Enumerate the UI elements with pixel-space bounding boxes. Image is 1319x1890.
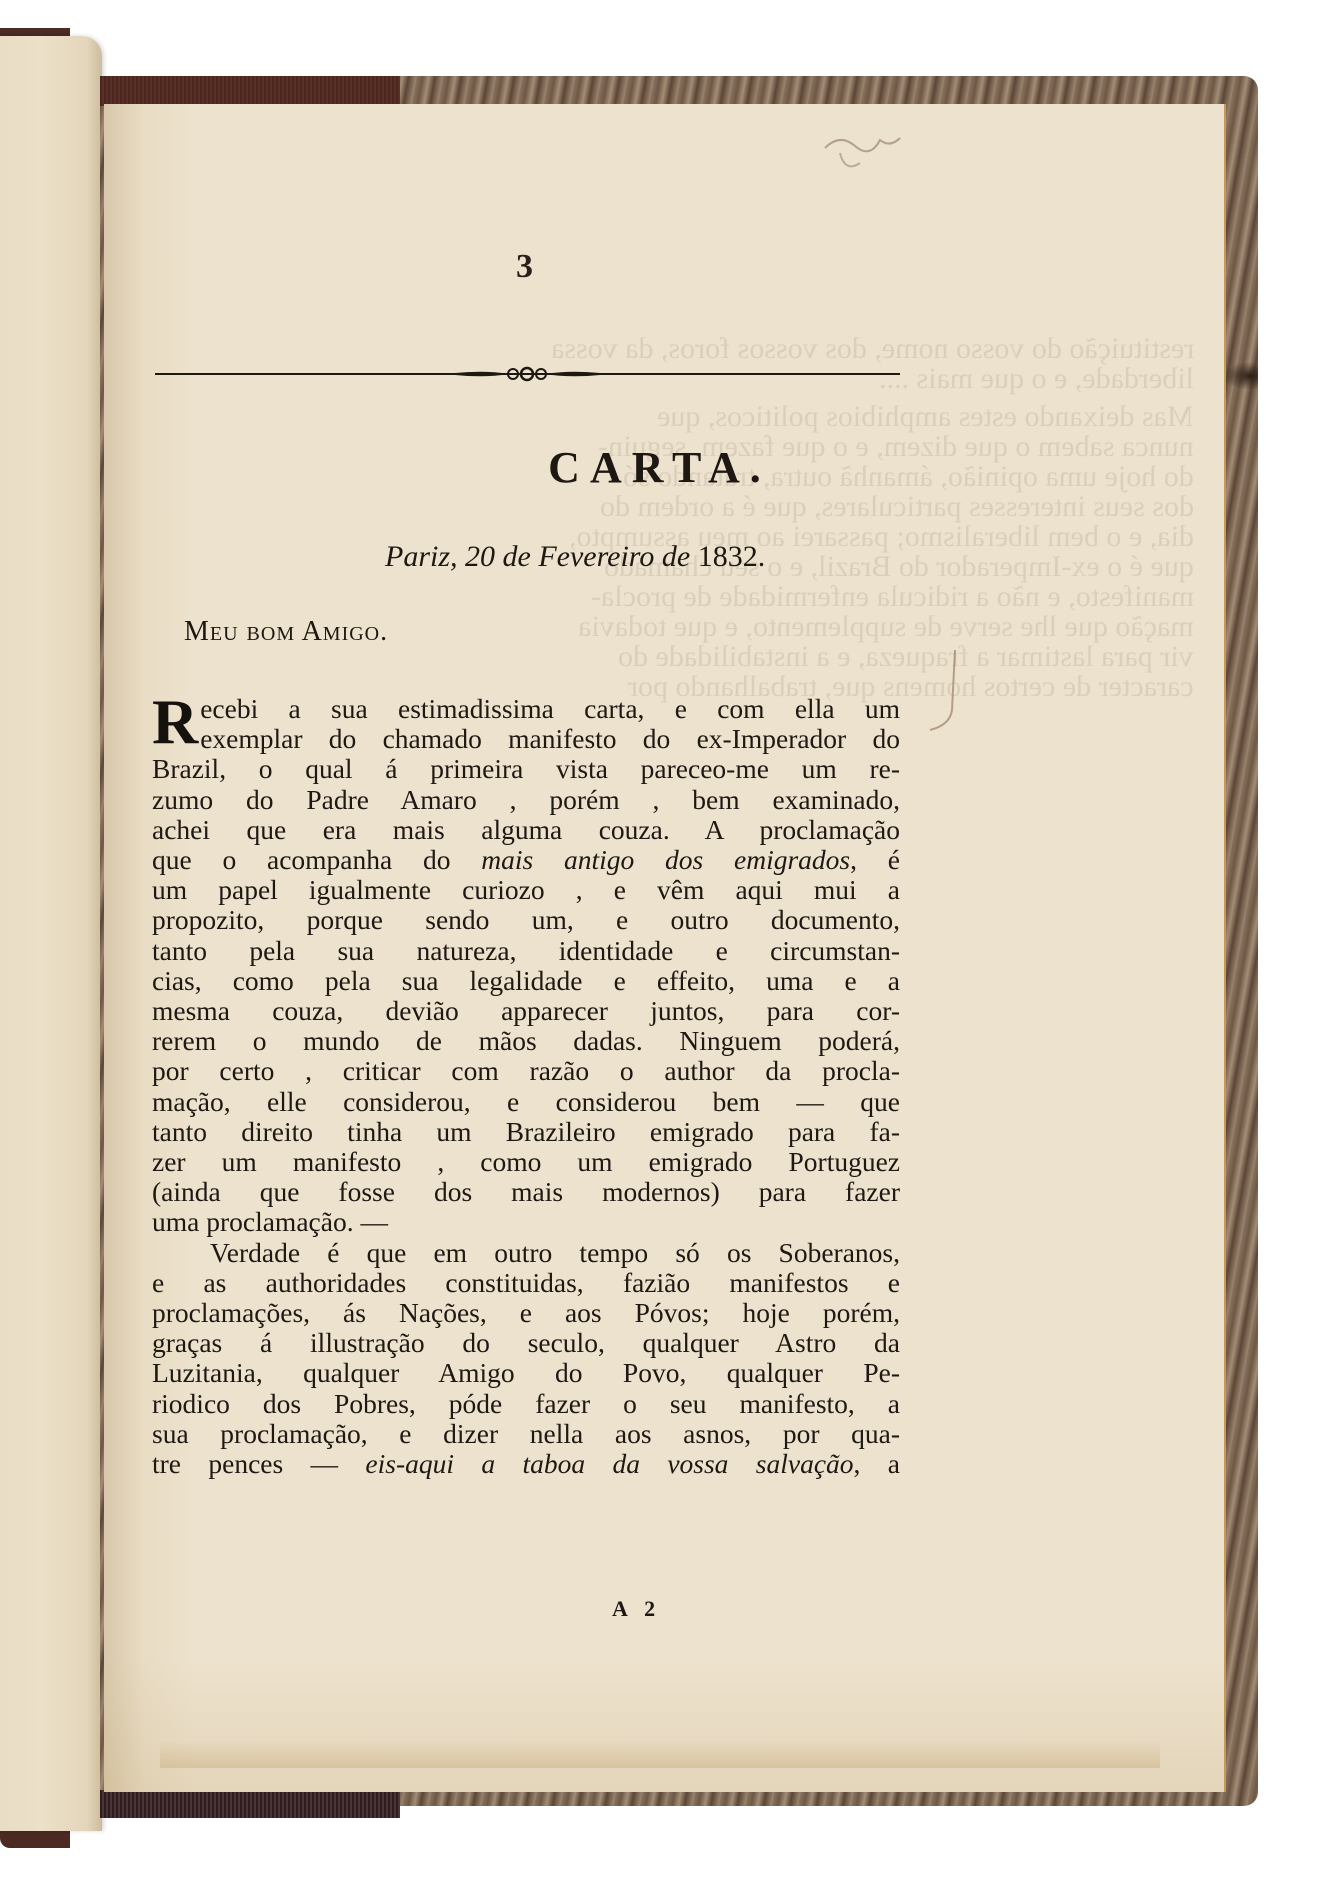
body-line: uma proclamação. — — [152, 1207, 900, 1237]
page-number: 3 — [516, 248, 533, 286]
left-page-edge — [0, 36, 102, 1831]
signature-mark: A 2 — [612, 1596, 661, 1622]
body-line: cias, como pela sua legalidade e effeito… — [152, 966, 900, 996]
body-line: riodico dos Pobres, póde fazer o seu man… — [152, 1389, 900, 1419]
body-line: ecebi a sua estimadissima carta, e com e… — [152, 694, 900, 724]
show-through-line: mação que lhe serve de supplemento, e qu… — [578, 610, 1194, 644]
body-line: rerem o mundo de mãos dadas. Ninguem pod… — [152, 1026, 900, 1056]
leather-spine-bottom — [100, 1790, 400, 1818]
body-line: (ainda que fosse dos mais modernos) para… — [152, 1177, 900, 1207]
body-line: tanto pela sua natureza, identidade e ci… — [152, 936, 900, 966]
dateline-year: 1832. — [698, 540, 766, 573]
dateline-place-date: Pariz, 20 de Fevereiro de — [385, 540, 690, 573]
pencil-margin-mark — [900, 650, 960, 770]
salutation: Meu bom Amigo. — [184, 616, 388, 648]
water-stain — [160, 1740, 1160, 1768]
ink-stamp-mark — [820, 128, 910, 178]
body-line: zumo do Padre Amaro , porém , bem examin… — [152, 785, 900, 815]
show-through-line: liberdade, e o que mais .... — [879, 362, 1194, 396]
body-line: Brazil, o qual á primeira vista pareceo-… — [152, 754, 900, 784]
decorative-rule-ornament — [155, 362, 900, 386]
body-line: tre pences — eis-aqui a taboa da vossa s… — [152, 1449, 900, 1479]
show-through-line: dos seus interesses particulares, que é … — [600, 490, 1194, 524]
body-line: sua proclamação, e dizer nella aos asnos… — [152, 1419, 900, 1449]
show-through-line: manifesto, e não a ridicula enfermidade … — [591, 580, 1194, 614]
body-line: exemplar do chamado manifesto do ex-Impe… — [152, 724, 900, 754]
body-line: Luzitania, qualquer Amigo do Povo, qualq… — [152, 1358, 900, 1388]
body-line: proclamações, ás Nações, e aos Póvos; ho… — [152, 1298, 900, 1328]
drop-cap: R — [152, 696, 198, 748]
italic-phrase: mais antigo dos emigrados — [481, 844, 850, 875]
italic-phrase: eis-aqui a taboa da vossa salvação — [365, 1448, 853, 1479]
body-line: e as authoridades constituidas, fazião m… — [152, 1268, 900, 1298]
body-line: zer um manifesto , como um emigrado Port… — [152, 1147, 900, 1177]
letter-title: CARTA. — [0, 442, 1319, 493]
body-line: que o acompanha do mais antigo dos emigr… — [152, 845, 900, 875]
body-line: Verdade é que em outro tempo só os Sober… — [152, 1238, 900, 1268]
dateline: Pariz, 20 de Fevereiro de 1832. — [385, 540, 765, 574]
show-through-line: Mas deixando estes amphibios politicos, … — [657, 400, 1194, 434]
show-through-line: restituição do vosso nome, dos vossos fo… — [551, 332, 1194, 366]
body-line: tanto direito tinha um Brazileiro emigra… — [152, 1117, 900, 1147]
body-line: mesma couza, devião apparecer juntos, pa… — [152, 996, 900, 1026]
body-line: um papel igualmente curiozo , e vêm aqui… — [152, 875, 900, 905]
leather-spine-top — [100, 76, 400, 106]
body-line: graças á illustração do seculo, qualquer… — [152, 1328, 900, 1358]
body-line: propozito, porque sendo um, e outro docu… — [152, 905, 900, 935]
body-line: achei que era mais alguma couza. A procl… — [152, 815, 900, 845]
body-line: mação, elle considerou, e considerou bem… — [152, 1087, 900, 1117]
letter-body: R ecebi a sua estimadissima carta, e com… — [152, 694, 900, 1479]
body-line: por certo , criticar com razão o author … — [152, 1056, 900, 1086]
